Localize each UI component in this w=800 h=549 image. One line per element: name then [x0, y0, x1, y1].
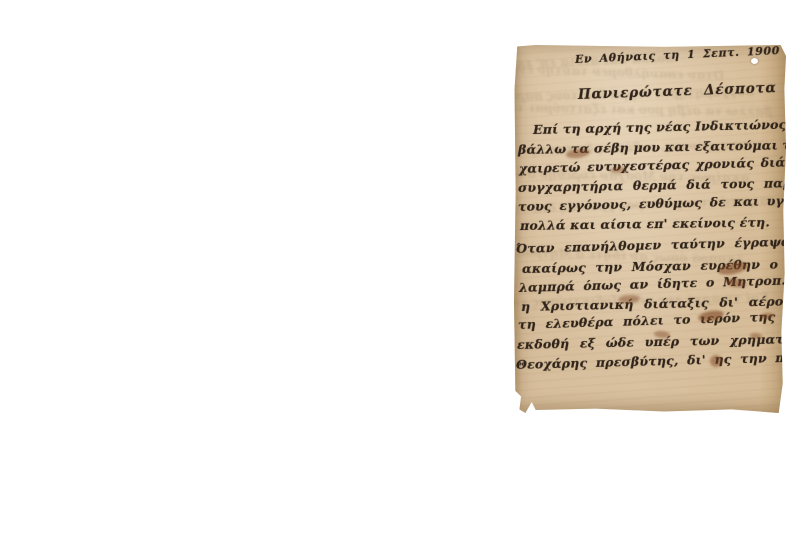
- body-line: βάλλω τα σέβη μου και εξαιτούμαι τας ευχ…: [518, 135, 800, 157]
- body-line: τους εγγόνους, ευθύμως δε και υγιώς ίνα …: [518, 191, 800, 214]
- letter-scan-page: πολλά και αίσια επ' εκείνοις έτη. Όταν ε…: [0, 0, 800, 549]
- body-line: πολλά και αίσια επ' εκείνοις έτη.: [520, 215, 770, 233]
- body-line: Θεοχάρης πρεσβύτης, δι' ης την παρασκευή…: [516, 348, 800, 372]
- paper-hole: [751, 58, 758, 64]
- body-line: Επί τη αρχή της νέας Ινδικτιώνος ταύτης …: [533, 115, 800, 137]
- ink-stain: [710, 355, 722, 367]
- letter-paper: πολλά και αίσια επ' εκείνοις έτη. Όταν ε…: [514, 45, 786, 413]
- dateline-text: Εν Αθήναις τη 1 Σεπτ. 1900: [575, 44, 781, 66]
